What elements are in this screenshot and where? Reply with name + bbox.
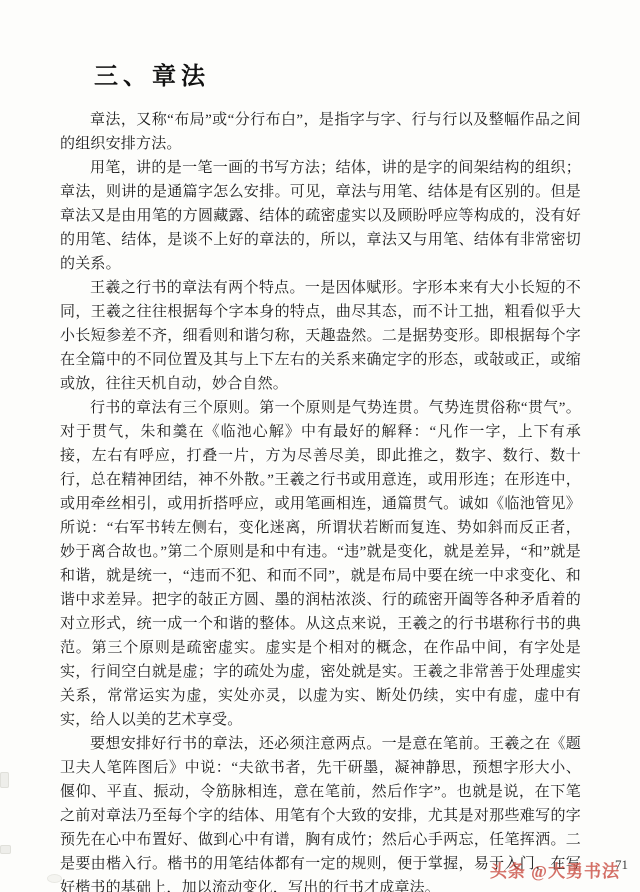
scan-artifact bbox=[47, 874, 62, 883]
page-content: 三、章法 章法，又称“布局”或“分行布白”，是指字与字、行与行以及整幅作品之间的… bbox=[60, 56, 581, 892]
scan-artifact bbox=[0, 772, 9, 788]
page-footer: 头条 @大勇书法71 bbox=[490, 857, 628, 882]
paragraph-three-principles: 行书的章法有三个原则。第一个原则是气势连贯。气势连贯俗称“贯气”。对于贯气，朱和… bbox=[60, 396, 581, 732]
toutiao-watermark: 头条 @大勇书法 bbox=[490, 862, 620, 881]
paragraph-two-features: 王羲之行书的章法有两个特点。一是因体赋形。字形本来有大小长短的不同，王羲之往往根… bbox=[60, 276, 581, 396]
paragraph-relation-to-brushwork: 用笔，讲的是一笔一画的书写方法；结体，讲的是字的间架结构的组织；章法，则讲的是通… bbox=[60, 156, 581, 276]
page-number: 71 bbox=[615, 857, 628, 873]
section-title: 三、章法 bbox=[94, 56, 581, 91]
scanned-book-page: 三、章法 章法，又称“布局”或“分行布白”，是指字与字、行与行以及整幅作品之间的… bbox=[0, 0, 640, 892]
scan-artifact bbox=[0, 845, 11, 854]
paragraph-definition: 章法，又称“布局”或“分行布白”，是指字与字、行与行以及整幅作品之间的组织安排方… bbox=[60, 108, 581, 156]
